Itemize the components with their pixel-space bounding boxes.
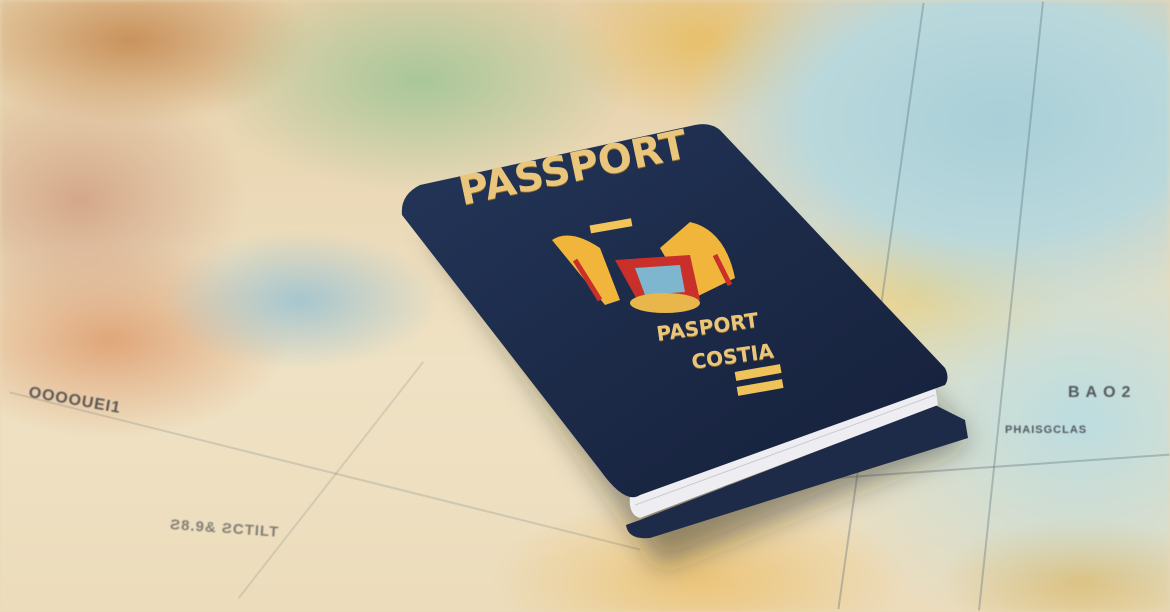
photo-scene: OOOOUEI1 Ƨ8.9& ƧCTILT PHAISGCLAS BAO2 bbox=[0, 0, 1170, 612]
passport bbox=[0, 0, 1170, 612]
